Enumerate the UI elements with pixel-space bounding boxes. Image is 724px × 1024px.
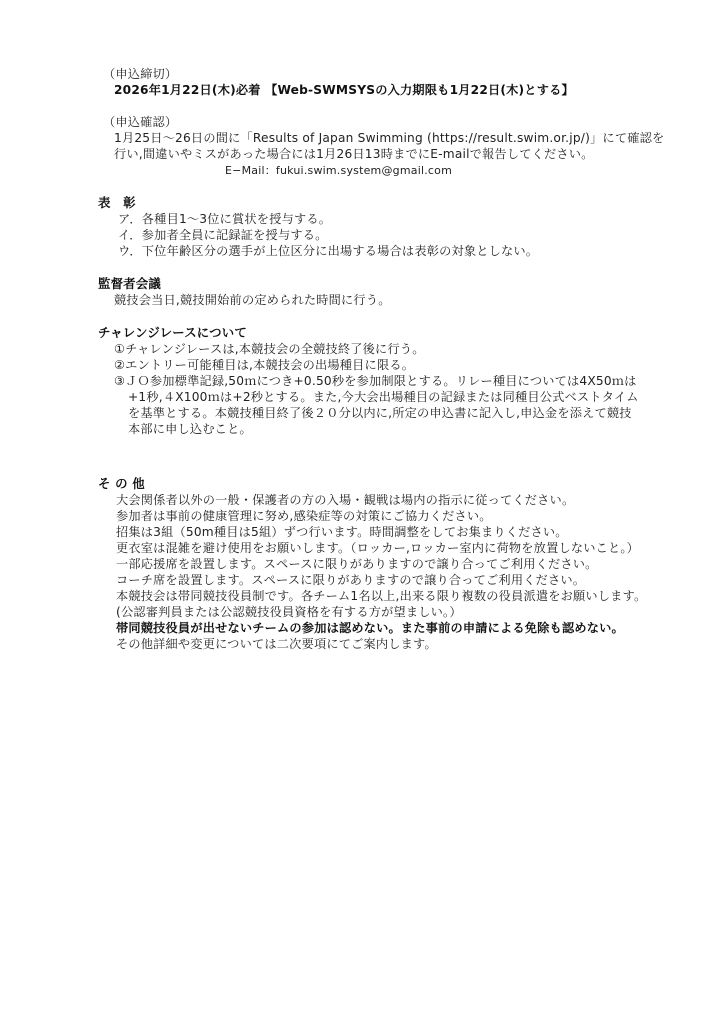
other-line: コーチ席を設置します。スペースに限りがありますので譲り合ってご利用ください。 xyxy=(116,572,585,588)
challenge-race-item: ③ＪＯ参加標準記録,50ｍにつき+0.50秒を参加制限とする。リレー種目について… xyxy=(114,373,637,389)
deadline-label: （申込締切） xyxy=(103,66,177,82)
other-line: 本競技会は帯同競技役員制です。各チーム1名以上,出来る限り複数の役員派遣をお願い… xyxy=(116,588,646,604)
challenge-race-item-continued: +1秒,４X100ｍは+2秒とする。また,今大会出場種目の記録または同種目公式ベ… xyxy=(128,389,639,405)
other-line: 参加者は事前の健康管理に努め,感染症等の対策にご協力ください。 xyxy=(116,508,492,524)
awards-item: ア．各種目1～3位に賞状を授与する。 xyxy=(118,211,331,227)
other-heading: そ の 他 xyxy=(98,476,145,492)
other-bold-notice: 帯同競技役員が出せないチームの参加は認めない。また事前の申請による免除も認めない… xyxy=(116,620,624,636)
challenge-race-item-continued: 本部に申し込むこと。 xyxy=(128,421,252,437)
confirmation-line: 1月25日～26日の間に「Results of Japan Swimming (… xyxy=(114,130,664,146)
confirmation-line: 行い,間違いやミスがあった場合には1月26日13時までにE-mailで報告してく… xyxy=(114,146,594,162)
other-last-line: その他詳細や変更については二次要項にてご案内します。 xyxy=(116,636,437,652)
other-line: 一部応援席を設置します。スペースに限りがありますので譲り合ってご利用ください。 xyxy=(116,556,598,572)
other-line: 大会関係者以外の一般・保護者の方の入場・観戦は場内の指示に従ってください。 xyxy=(116,492,574,508)
awards-item: ウ．下位年齢区分の選手が上位区分に出場する場合は表彰の対象としない。 xyxy=(118,243,538,259)
awards-heading: 表 彰 xyxy=(98,195,136,211)
other-line: 更衣室は混雑を避け使用をお願いします。（ロッカー,ロッカー室内に荷物を放置しない… xyxy=(116,540,639,556)
other-line: 招集は3組（50m種目は5組）ずつ行います。時間調整をしてお集まりください。 xyxy=(116,524,568,540)
confirmation-label: （申込確認） xyxy=(103,114,177,130)
other-line: (公認審判員または公認競技役員資格を有する方が望ましい。） xyxy=(116,604,462,620)
contact-email: E−Mail：fukui.swim.system@gmail.com xyxy=(225,163,452,179)
challenge-race-item-continued: を基準とする。本競技種目終了後２０分以内に,所定の申込書に記入し,申込金を添えて… xyxy=(128,405,632,421)
challenge-race-heading: チャレンジレースについて xyxy=(98,325,247,341)
challenge-race-item: ①チャレンジレースは,本競技会の全競技終了後に行う。 xyxy=(114,341,425,357)
supervisors-meeting-text: 競技会当日,競技開始前の定められた時間に行う。 xyxy=(114,292,391,308)
awards-item: イ．参加者全員に記録証を授与する。 xyxy=(118,227,328,243)
deadline-text: 2026年1月22日(木)必着 【Web-SWMSYSの入力期限も1月22日(木… xyxy=(114,82,574,98)
challenge-race-item: ②エントリー可能種目は,本競技会の出場種目に限る。 xyxy=(114,357,414,373)
supervisors-meeting-heading: 監督者会議 xyxy=(98,276,161,292)
